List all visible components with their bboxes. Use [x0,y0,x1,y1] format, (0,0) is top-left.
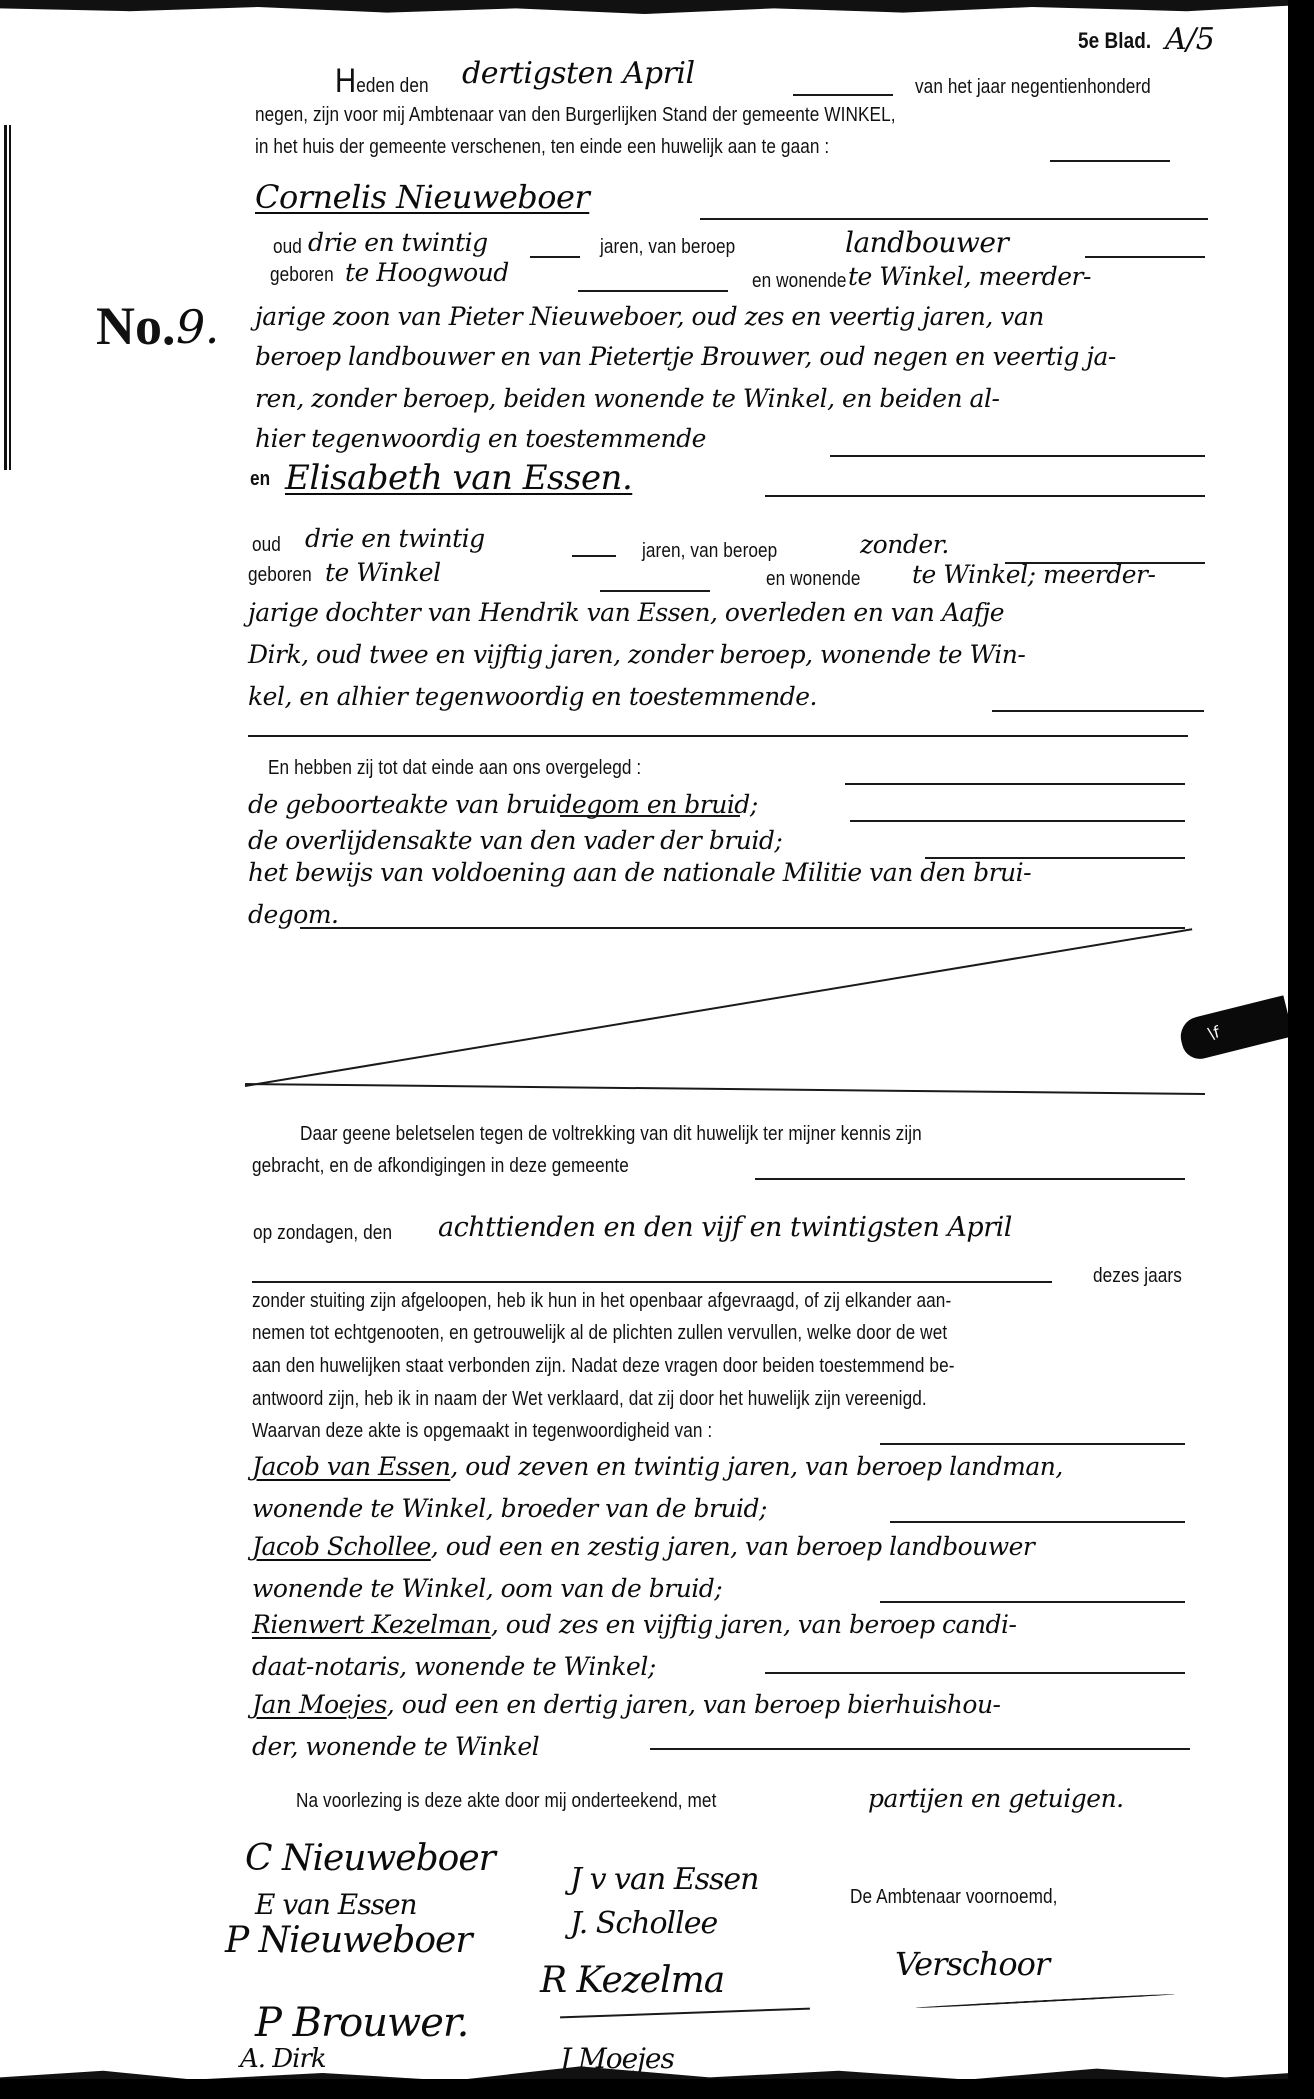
groom-residence: te Winkel, meerder- [848,262,1091,291]
official-label: De Ambtenaar voornoemd, [850,1886,1058,1909]
groom-detail-4: hier tegenwoordig en toestemmende [255,424,706,453]
groom-detail-2: beroep landbouwer en van Pietertje Brouw… [255,342,1116,371]
void-diagonal-line [245,928,1192,1087]
closing-text: Na voorlezing is deze akte door mij onde… [296,1790,716,1813]
blank-line [765,1672,1185,1674]
signature-flourish [560,2008,810,2019]
opening-year: van het jaar negentienhonderd [915,76,1151,99]
bride-geboren-label: geboren [248,564,312,587]
blank-line [793,94,893,96]
index-tab: \f [1177,995,1294,1062]
groom-age: drie en twintig [308,228,488,257]
proclamation-body-4: antwoord zijn, heb ik in naam der Wet ve… [252,1388,927,1411]
sheet-number: A/5 [1165,22,1214,57]
bride-name: Elisabeth van Essen. [285,458,632,498]
blank-line [650,1748,1190,1750]
blank-line [845,783,1185,785]
groom-detail-1: jarige zoon van Pieter Nieuweboer, oud z… [255,302,1044,331]
bride-detail-2: Dirk, oud twee en vijftig jaren, zonder … [248,640,1025,669]
groom-detail-3: ren, zonder beroep, beiden wonende te Wi… [255,384,999,413]
witness-1-line-2: wonende te Winkel, broeder van de bruid; [252,1494,767,1523]
bride-residence: te Winkel; meerder- [912,560,1155,589]
proclamation-line-1: Daar geene beletselen tegen de voltrekki… [300,1123,922,1146]
proclamation-body-3: aan den huwelijken staat verbonden zijn.… [252,1355,955,1378]
opening-line-2: negen, zijn voor mij Ambtenaar van den B… [255,104,1287,127]
proclamation-body-2: nemen tot echtgenooten, en getrouwelijk … [252,1322,947,1345]
signature-bride-mother: A. Dirk [240,2044,326,2074]
proclamation-line-2: gebracht, en de afkondigingen in deze ge… [252,1155,629,1178]
torn-top-edge [0,0,1290,14]
opening-line-3: in het huis der gemeente verschenen, ten… [255,136,829,159]
bride-wonende-label: en wonende [766,568,861,591]
bride-en-label: en [250,468,270,491]
sheet-label: 5e Blad. [1078,28,1151,54]
blank-line [560,815,740,817]
signature-witness-1: J v van Essen [570,1862,759,1897]
groom-birthplace: te Hoogwoud [345,258,509,287]
bride-detail-1: jarige dochter van Hendrik van Essen, ov… [248,598,1004,627]
heden-rest: eden den [356,75,428,97]
zondagen-label: op zondagen, den [253,1222,392,1245]
scan-bottom-border [0,2079,1314,2099]
blank-line [578,290,728,292]
blank-line [880,1443,1185,1445]
document-item-2: de overlijdensakte van den vader der bru… [248,826,782,855]
proclamation-dates: achttienden en den vijf en twintigsten A… [438,1212,1012,1243]
scan-right-border [1288,0,1314,2099]
signature-bride: E van Essen [255,1888,417,1921]
blank-line [880,1601,1185,1603]
act-number-label: No. [96,295,176,357]
groom-jaren-label: jaren, van beroep [600,236,735,259]
heden-initial: H [335,62,356,100]
signature-groom-father: P Nieuweboer [225,1920,472,1961]
blank-line [700,218,1208,220]
opening-heden: Heden den [335,62,429,101]
groom-occupation: landbouwer [845,226,1008,259]
blank-line [890,1521,1185,1523]
margin-binding-bar [4,125,11,470]
signature-witness-2: J. Schollee [570,1906,717,1941]
void-bottom-line [245,1083,1205,1095]
bride-age: drie en twintig [305,524,485,553]
document-item-4: degom. [248,900,339,929]
closing-handwritten: partijen en getuigen. [868,1784,1124,1813]
groom-geboren-label: geboren [270,264,334,287]
witness-2-line-2: wonende te Winkel, oom van de bruid; [252,1574,722,1603]
documents-intro: En hebben zij tot dat einde aan ons over… [268,757,641,780]
blank-line [300,927,1185,929]
bride-oud-label: oud [252,534,281,557]
signature-groom: C Nieuweboer [245,1838,495,1879]
document-item-3: het bewijs van voldoening aan de nationa… [248,858,1031,887]
witness-3-name: Rienwert Kezelman [252,1610,491,1639]
blank-line [1050,160,1170,162]
blank-line [830,455,1205,457]
blank-line [755,1178,1185,1180]
document-page: 5e Blad. A/5 Heden den dertigsten April … [0,0,1290,2080]
witness-2-name: Jacob Schollee [252,1532,431,1561]
signature-groom-mother: P Brouwer. [255,2000,468,2046]
bride-occupation: zonder. [860,530,949,559]
blank-line [850,820,1185,822]
blank-line [572,555,616,557]
witness-3-line-2: daat-notaris, wonende te Winkel; [252,1652,656,1681]
bride-jaren-label: jaren, van beroep [642,540,777,563]
blank-line [765,495,1205,497]
blank-line [1085,256,1205,258]
witness-2-line-1: Jacob Schollee, oud een en zestig jaren,… [252,1532,1034,1561]
proclamation-body-1: zonder stuiting zijn afgeloopen, heb ik … [252,1290,951,1313]
witness-3-line-1: Rienwert Kezelman, oud zes en vijftig ja… [252,1610,1017,1639]
groom-wonende-label: en wonende [752,270,847,293]
witness-1-name: Jacob van Essen [252,1452,450,1481]
blank-line [252,1281,1052,1283]
dezes-jaars: dezes jaars [1093,1265,1182,1288]
blank-line [992,710,1204,712]
blank-line [530,256,580,258]
signature-official-flourish [915,1993,1175,2009]
groom-oud-label: oud [273,236,302,259]
opening-date: dertigsten April [462,56,695,91]
bride-birthplace: te Winkel [325,558,441,587]
act-number: 9. [176,300,219,354]
groom-name: Cornelis Nieuweboer [255,178,589,216]
proclamation-body-5: Waarvan deze akte is opgemaakt in tegenw… [252,1420,712,1443]
witness-4-line-2: der, wonende te Winkel [252,1732,539,1761]
signature-official: Verschoor [895,1945,1049,1983]
witness-4-line-1: Jan Moejes, oud een en dertig jaren, van… [252,1690,1001,1719]
witness-1-line-1: Jacob van Essen, oud zeven en twintig ja… [252,1452,1063,1481]
witness-4-name: Jan Moejes [252,1690,387,1719]
signature-witness-3: R Kezelma [540,1960,724,2001]
blank-line [600,590,710,592]
bride-detail-3: kel, en alhier tegenwoordig en toestemme… [248,682,817,711]
separator-line [248,735,1188,737]
